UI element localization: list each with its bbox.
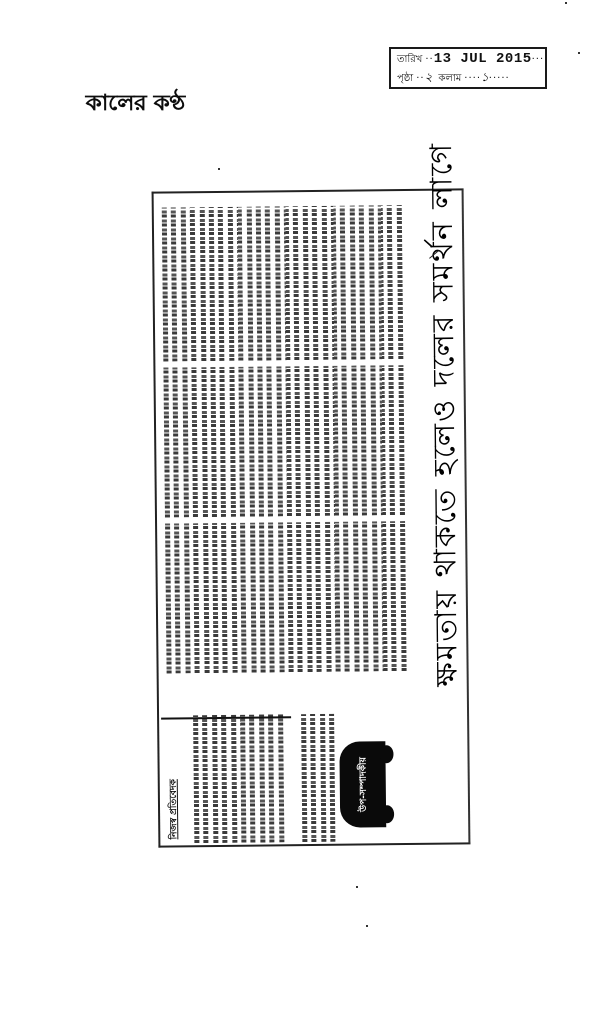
column-label: কলাম	[438, 71, 461, 88]
section-badge: উপ-সম্পাদকীয়	[339, 741, 386, 827]
article-column-intro-2	[299, 714, 340, 842]
dotted-leader: ·····	[489, 73, 510, 84]
page-value: ২	[425, 69, 433, 89]
article-column-intro	[191, 714, 292, 843]
scan-speck	[565, 2, 567, 4]
article-column-1	[163, 521, 415, 674]
newspaper-masthead: কালের কণ্ঠ	[86, 86, 185, 123]
scan-speck	[218, 168, 220, 170]
date-stamp: তারিখ ·· 13 JUL 2015 ··· পৃষ্ঠা ·· ২ কলা…	[389, 47, 547, 89]
scan-speck	[578, 52, 580, 54]
dotted-leader: ··	[425, 54, 433, 65]
section-badge-label: উপ-সম্পাদকীয়	[355, 757, 371, 812]
page-row: পৃষ্ঠা ·· ২ কলাম ···· ১ ·····	[397, 69, 539, 87]
newspaper-clipping: নিজস্ব প্রতিবেদক উপ-সম্পাদকীয় ক্ষমতায় …	[152, 188, 471, 847]
dotted-leader: ···	[532, 54, 545, 65]
column-value: ১	[481, 69, 489, 89]
date-row: তারিখ ·· 13 JUL 2015 ···	[397, 51, 539, 69]
article-column-2	[161, 365, 413, 518]
date-value: 13 JUL 2015	[434, 51, 532, 67]
article-column-3	[160, 205, 412, 362]
scan-speck	[356, 886, 358, 888]
page-label: পৃষ্ঠা	[397, 71, 413, 88]
dotted-leader: ····	[464, 73, 481, 84]
dotted-leader: ··	[416, 73, 424, 84]
headline: ক্ষমতায় থাকতে হলেও দলের সমর্থন লাগে	[418, 206, 463, 686]
clipping-rotated-content: নিজস্ব প্রতিবেদক উপ-সম্পাদকীয় ক্ষমতায় …	[154, 190, 473, 849]
scan-speck	[366, 925, 368, 927]
date-label: তারিখ	[397, 52, 422, 69]
